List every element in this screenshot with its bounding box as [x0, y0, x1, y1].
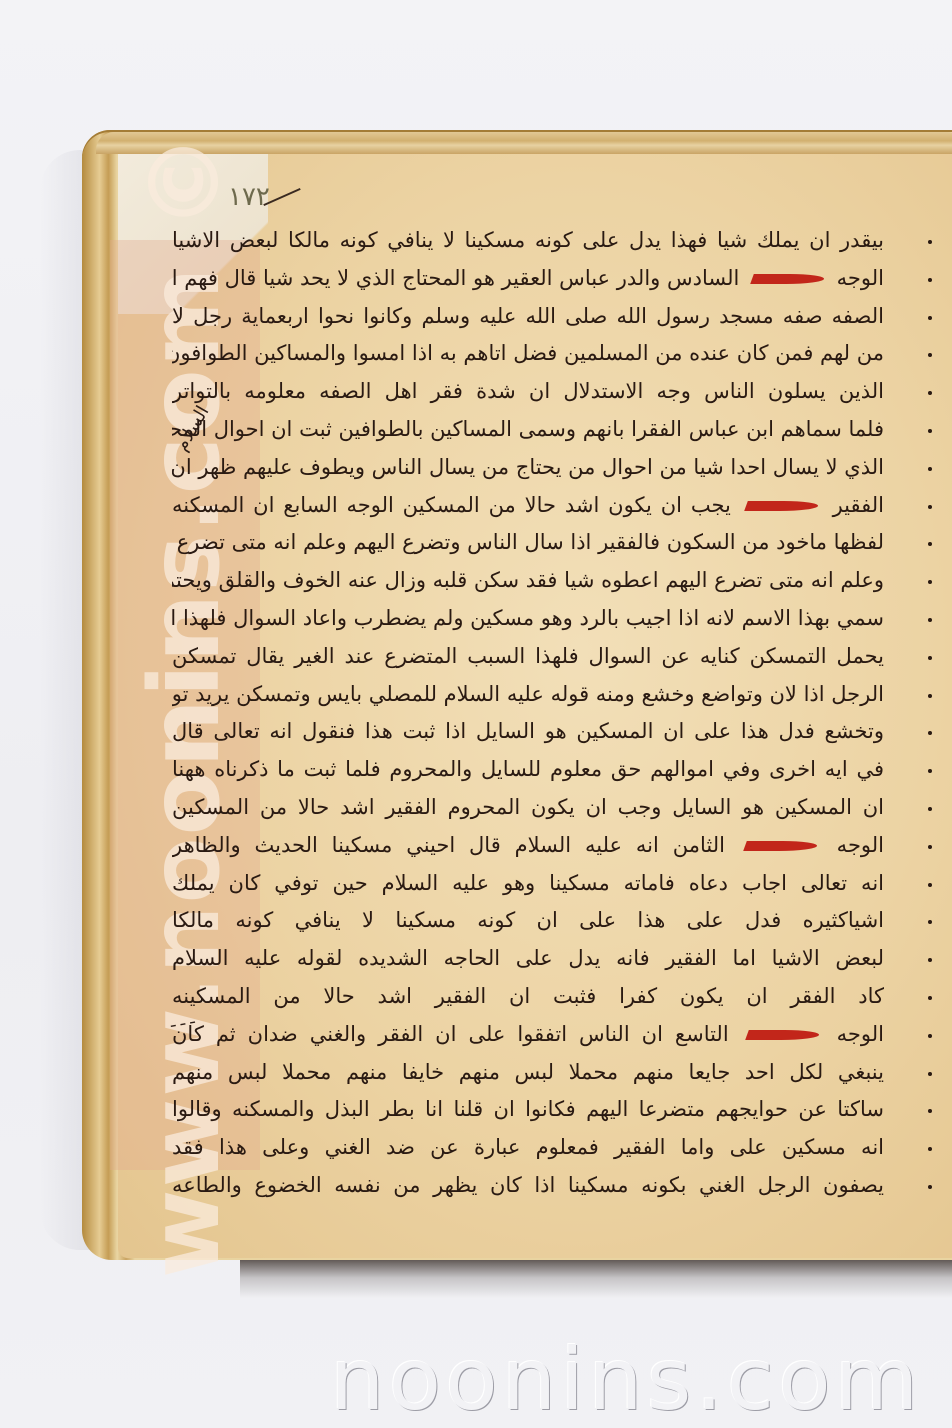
manuscript-line: لفظها ماخود من السكون فالفقير اذا سال ال…	[172, 524, 884, 562]
margin-dot	[910, 865, 940, 903]
manuscript-line: انه مسكين على واما الفقير فمعلوم عبارة ع…	[172, 1129, 884, 1167]
margin-dot	[910, 222, 940, 260]
manuscript-line: الرجل اذا لان وتواضع وخشع ومنه قوله عليه…	[172, 676, 884, 714]
manuscript-line: اشياكثيره فدل على هذا على ان كونه مسكينا…	[172, 902, 884, 940]
manuscript-line: بيقدر ان يملك شيا فهذا يدل على كونه مسكي…	[172, 222, 884, 260]
folio-number: ١٧٢	[228, 182, 270, 212]
margin-dot	[910, 676, 940, 714]
margin-dot	[910, 411, 940, 449]
margin-dot	[910, 487, 940, 525]
manuscript-text-block: بيقدر ان يملك شيا فهذا يدل على كونه مسكي…	[172, 222, 884, 1205]
margin-dot	[910, 1054, 940, 1092]
manuscript-line: يحمل التمسكن كنايه عن السوال فلهذا السبب…	[172, 638, 884, 676]
manuscript-line: انه تعالى اجاب دعاه فاماته مسكينا وهو عل…	[172, 865, 884, 903]
margin-dot	[910, 1167, 940, 1205]
manuscript-line: لبعض الاشيا اما الفقير فانه يدل على الحا…	[172, 940, 884, 978]
margin-dot	[910, 298, 940, 336]
manuscript-line: كاد الفقر ان يكون كفرا فثبت ان الفقير اش…	[172, 978, 884, 1016]
manuscript-line: الصفه صفه مسجد رسول الله صلى الله عليه و…	[172, 298, 884, 336]
manuscript-line: فلما سماهم ابن عباس الفقرا بانهم وسمى ال…	[172, 411, 884, 449]
manuscript-line: وتخشع فدل هذا على ان المسكين هو السايل ا…	[172, 713, 884, 751]
red-rubric-mark	[750, 274, 826, 284]
margin-dot	[910, 1091, 940, 1129]
margin-dot	[910, 562, 940, 600]
manuscript-line: الذي لا يسال احدا شيا من احوال من يحتاج …	[172, 449, 884, 487]
red-rubric-mark	[744, 501, 820, 511]
margin-dot	[910, 373, 940, 411]
margin-dot	[910, 789, 940, 827]
rubric-word: الوجه	[830, 266, 884, 290]
line-text: الثامن انه عليه السلام قال احيني مسكينا …	[172, 833, 739, 857]
rubric-word: الوجه	[825, 1022, 884, 1046]
manuscript-line: الوجه الثامن انه عليه السلام قال احيني م…	[172, 827, 884, 865]
margin-dot	[910, 449, 940, 487]
footer-watermark: noonins.com	[330, 1330, 922, 1428]
margin-dot	[910, 1129, 940, 1167]
line-text: يجب ان يكون اشد حالا من المسكين الوجه ال…	[172, 493, 740, 517]
rubric-word: الفقير	[824, 493, 884, 517]
margin-dot	[910, 751, 940, 789]
manuscript-line: الفقير يجب ان يكون اشد حالا من المسكين ا…	[172, 487, 884, 525]
margin-dot	[910, 600, 940, 638]
margin-dot	[910, 524, 940, 562]
manuscript-line: ساكتا عن حوايجهم متضرعا اليهم فكانوا ان …	[172, 1091, 884, 1129]
manuscript-line: الذين يسلون الناس وجه الاستدلال ان شدة ف…	[172, 373, 884, 411]
red-rubric-mark	[743, 841, 819, 851]
margin-dot	[910, 713, 940, 751]
margin-dot	[910, 978, 940, 1016]
manuscript-line: الوجه التاسع ان الناس اتفقوا على ان الفق…	[172, 1016, 884, 1054]
rubric-word: الوجه	[823, 833, 884, 857]
margin-dot	[910, 638, 940, 676]
manuscript-line: في ايه اخرى وفي اموالهم حق معلوم للسايل …	[172, 751, 884, 789]
line-text: السادس والدر عباس العقير هو المحتاج الذي…	[172, 266, 746, 290]
manuscript-line: ينبغي لكل احد جايعا منهم محملا لبس منهم …	[172, 1054, 884, 1092]
margin-dot	[910, 260, 940, 298]
margin-dot	[910, 1016, 940, 1054]
manuscript-line: من لهم فمن كان عنده من المسلمين فضل اتاه…	[172, 335, 884, 373]
margin-dot	[910, 335, 940, 373]
margin-dot	[910, 902, 940, 940]
manuscript-line: سمي بهذا الاسم لانه اذا اجيب بالرد وهو م…	[172, 600, 884, 638]
red-rubric-mark	[745, 1030, 821, 1040]
manuscript-line: وعلم انه متى تضرع اليهم اعطوه شيا فقد سك…	[172, 562, 884, 600]
manuscript-line: الوجه السادس والدر عباس العقير هو المحتا…	[172, 260, 884, 298]
margin-dots	[910, 222, 940, 1205]
manuscript-line: ان المسكين هو السايل وجب ان يكون المحروم…	[172, 789, 884, 827]
margin-dot	[910, 827, 940, 865]
manuscript-line: يصفون الرجل الغني بكونه مسكينا اذا كان ي…	[172, 1167, 884, 1205]
line-text: التاسع ان الناس اتفقوا على ان الفقر والغ…	[172, 1022, 741, 1046]
margin-dot	[910, 940, 940, 978]
